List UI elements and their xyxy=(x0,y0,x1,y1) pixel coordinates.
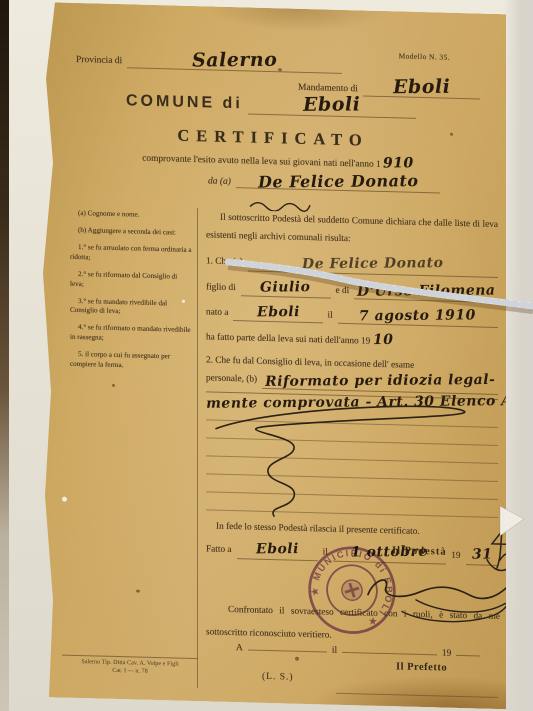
foxing-speck xyxy=(112,384,115,387)
foxing-speck xyxy=(278,68,282,71)
foxing-speck xyxy=(450,133,453,136)
item2-row: personale, (b) Riformato per idiozia leg… xyxy=(206,370,498,395)
anno-fill xyxy=(456,655,480,657)
foxing-speck xyxy=(136,590,140,593)
item1-label: 1. Che (a) xyxy=(206,255,243,270)
item1-row: 1. Che (a) De Felice Donato xyxy=(206,253,498,278)
provincia-label: Provincia di xyxy=(76,55,122,66)
item2-fill1: Riformato per idiozia legal- xyxy=(262,371,498,395)
podesta-title: Il Podestà xyxy=(392,545,447,557)
nato-fill: Eboli xyxy=(233,304,322,324)
leva-year-handwritten: 10 xyxy=(372,333,393,347)
certificate-paper: Modello N. 35. Provincia di Salerno Mand… xyxy=(40,2,506,709)
edi-fill: D'Urso Filomena xyxy=(354,282,498,303)
a-label: A xyxy=(236,643,243,653)
comune-label: COMUNE di xyxy=(126,92,243,113)
provincia-row: Provincia di Salerno xyxy=(76,47,342,74)
item1-handwritten: De Felice Donato xyxy=(302,256,444,271)
mandamento-handwritten: Eboli xyxy=(392,78,450,98)
backing-surface-right xyxy=(503,0,533,711)
fede-line: In fede lo stesso Podestà rilascia il pr… xyxy=(206,519,498,541)
column-divider-rule xyxy=(197,208,198,688)
photo-of-certificate: Modello N. 35. Provincia di Salerno Mand… xyxy=(0,0,533,711)
footnote: (a) Cognome e nome. xyxy=(70,209,192,222)
birthplace-handwritten: Eboli xyxy=(256,305,299,319)
prefetto-signature-line xyxy=(336,692,498,698)
comune-handwritten: Eboli xyxy=(303,95,361,115)
leva-line: ha fatto parte della leva sui nati dell'… xyxy=(206,333,370,347)
paper-nick xyxy=(62,497,67,502)
dark-left-edge xyxy=(0,0,9,711)
birth-row: nato a Eboli il 7 agosto 1910 xyxy=(206,303,498,328)
father-handwritten: Giulio xyxy=(260,280,311,294)
footnote: 3.° se fu mandato rivedibile dal Consigl… xyxy=(70,296,192,319)
declaration-intro: Il sottoscritto Podestà del suddetto Com… xyxy=(206,208,498,252)
foxing-speck xyxy=(295,657,299,661)
item2-handwritten-1: Riformato per idiozia legal- xyxy=(265,373,496,389)
issued-by-row: da (a) De Felice Donato xyxy=(208,170,440,193)
birthdate-handwritten: 7 agosto 1910 xyxy=(359,308,476,323)
subtitle-text: comprovante l'esito avuto nella leva sui… xyxy=(142,154,380,170)
footnote: 4.° se fu riformato o mandato rivedibile… xyxy=(70,323,192,346)
edi-label: e di xyxy=(336,283,350,298)
provincia-handwritten: Salerno xyxy=(192,51,278,71)
da-label: da (a) xyxy=(208,176,231,187)
item1-fill: De Felice Donato xyxy=(248,254,498,278)
parents-row: figlio di Giulio e di D'Urso Filomena xyxy=(206,278,498,303)
il2-label: il xyxy=(332,646,337,656)
il2-fill xyxy=(342,652,437,655)
comune-fill: Eboli xyxy=(248,93,416,118)
modello-number: Modello N. 35. xyxy=(399,51,450,61)
nato-label: nato a xyxy=(206,305,228,320)
locus-sigilli: (L. S.) xyxy=(262,672,294,683)
figlio-fill: Giulio xyxy=(241,279,331,299)
voiding-squiggle xyxy=(200,392,500,522)
prefetto-title: Il Prefetto xyxy=(396,661,447,673)
il-label: il xyxy=(328,309,333,324)
figlio-label: figlio di xyxy=(206,280,236,295)
paper-nick xyxy=(182,300,185,303)
footnotes-sidebar: (a) Cognome e nome. (b) Aggiungere a sec… xyxy=(70,209,192,380)
da-fill: De Felice Donato xyxy=(236,171,440,193)
footnote: 1.° se fu arruolato con ferma ordinaria … xyxy=(70,243,192,266)
birthdate-fill: 7 agosto 1910 xyxy=(338,307,498,329)
declaration-body: Il sottoscritto Podestà del suddetto Com… xyxy=(206,208,498,565)
provincia-fill: Salerno xyxy=(127,48,342,74)
footnote: (b) Aggiungere a seconda dei casi: xyxy=(70,226,192,239)
mother-handwritten: D'Urso Filomena xyxy=(357,283,496,298)
da-handwritten: De Felice Donato xyxy=(257,173,418,190)
footnote: 5. il corpo a cui fu assegnato per compi… xyxy=(70,350,192,373)
subtitle-year-handwritten: 910 xyxy=(383,156,414,170)
anno-prefix: 19 xyxy=(442,649,452,659)
a-fill xyxy=(248,649,327,652)
printer-imprint: Salerno Tip. Ditta Cav. A. Volpe e Figli… xyxy=(62,655,198,678)
fatto-place-handwritten: Eboli xyxy=(255,542,298,556)
footnote: 2.° se fu riformato dal Consiglio di lev… xyxy=(70,269,192,292)
item2-label: personale, (b) xyxy=(206,372,257,388)
blank-ruled-lines xyxy=(206,402,498,518)
leva-row: ha fatto parte della leva sui nati dell'… xyxy=(206,329,498,353)
fatto-label: Fatto a xyxy=(206,542,232,557)
